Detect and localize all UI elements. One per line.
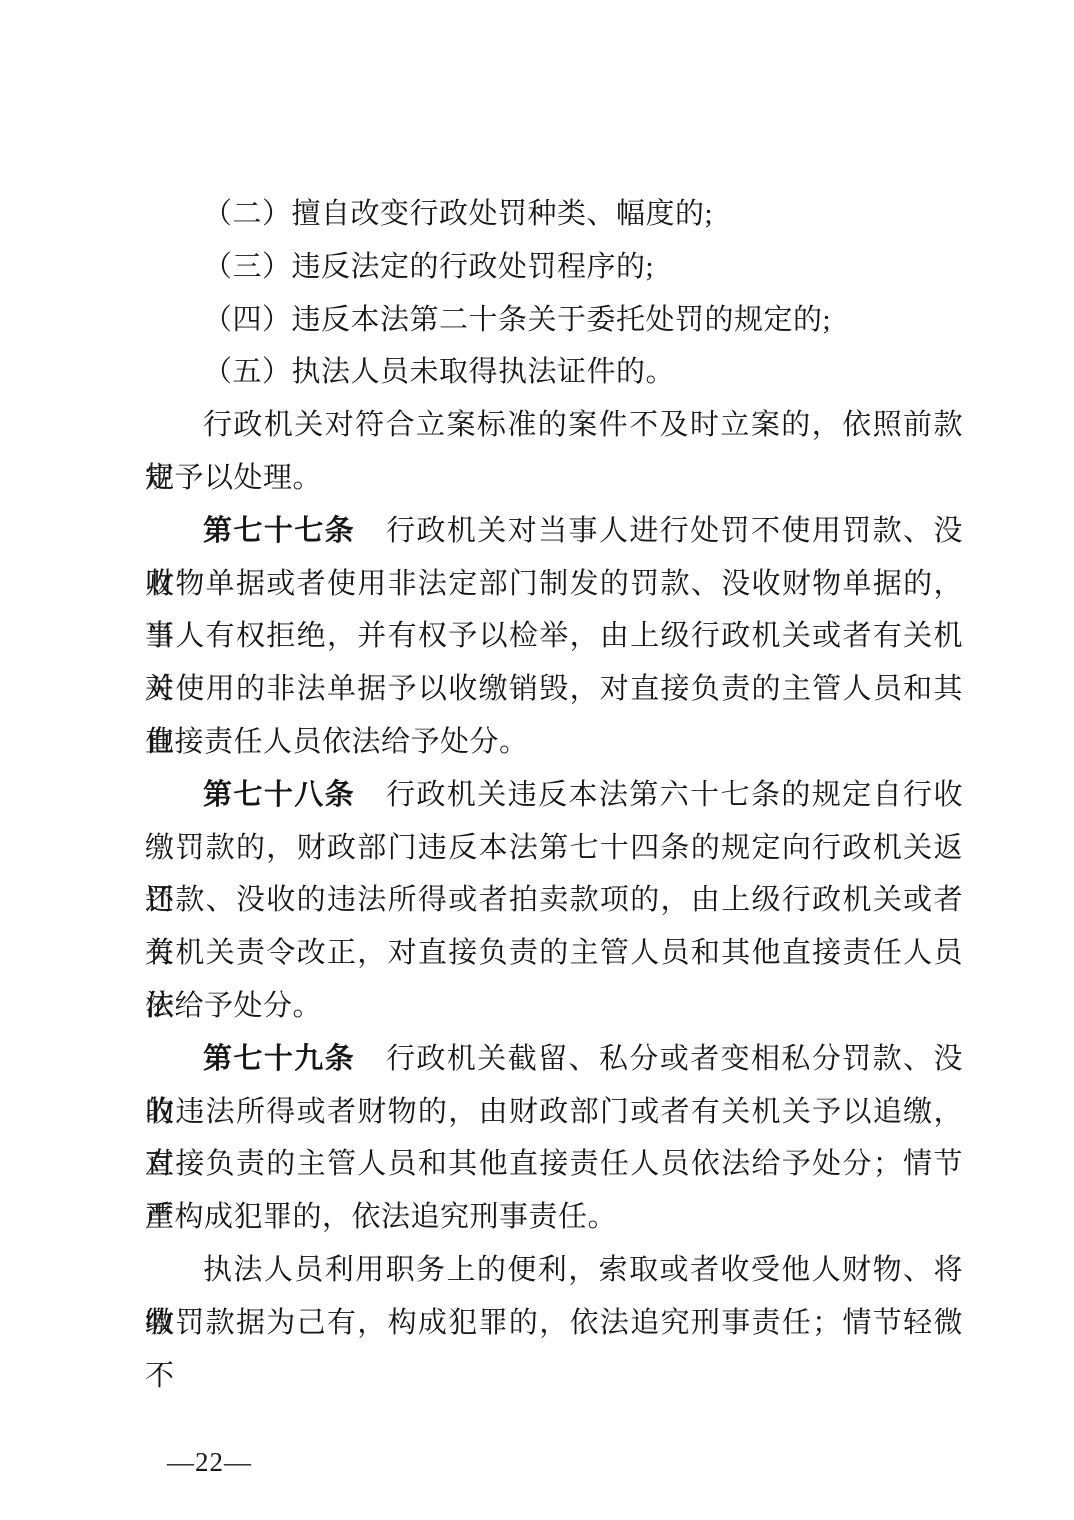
text-line: （四）违反本法第二十条关于委托处罚的规定的; — [145, 294, 963, 347]
text-line: 缴罚款的，财政部门违反本法第七十四条的规定向行政机关返还 — [145, 822, 963, 875]
text-line: （二）擅自改变行政处罚种类、幅度的; — [145, 188, 963, 241]
text-line: 第七十七条行政机关对当事人进行处罚不使用罚款、没收 — [145, 505, 963, 558]
text-line: 第七十九条行政机关截留、私分或者变相私分罚款、没收 — [145, 1033, 963, 1086]
article-number: 第七十九条 — [203, 1043, 355, 1075]
line-text: （四）违反本法第二十条关于委托处罚的规定的; — [203, 304, 831, 336]
document-page: （二）擅自改变行政处罚种类、幅度的;（三）违反法定的行政处罚程序的;（四）违反本… — [0, 0, 1074, 1520]
text-line: （五）执法人员未取得执法证件的。 — [145, 346, 963, 399]
page-number: —22— — [167, 1447, 252, 1478]
text-line: 的违法所得或者财物的，由财政部门或者有关机关予以追缴，对 — [145, 1086, 963, 1139]
text-line: （三）违反法定的行政处罚程序的; — [145, 241, 963, 294]
text-line: 重构成犯罪的，依法追究刑事责任。 — [145, 1191, 963, 1244]
line-text: 行政机关违反本法第六十七条的规定自行收 — [386, 779, 963, 811]
text-line: 关机关责令改正，对直接负责的主管人员和其他直接责任人员依 — [145, 927, 963, 980]
text-line: 直接负责的主管人员和其他直接责任人员依法给予处分；情节严 — [145, 1138, 963, 1191]
text-line: 第七十八条行政机关违反本法第六十七条的规定自行收 — [145, 769, 963, 822]
article-number: 第七十七条 — [203, 515, 355, 547]
document-body: （二）擅自改变行政处罚种类、幅度的;（三）违反法定的行政处罚程序的;（四）违反本… — [145, 188, 963, 1350]
article-number: 第七十八条 — [203, 779, 355, 811]
text-line: 财物单据或者使用非法定部门制发的罚款、没收财物单据的，当 — [145, 558, 963, 611]
text-line: 法给予处分。 — [145, 980, 963, 1033]
text-line: 直接责任人员依法给予处分。 — [145, 716, 963, 769]
line-text: 重构成犯罪的，依法追究刑事责任。 — [145, 1201, 617, 1233]
text-line: 定予以处理。 — [145, 452, 963, 505]
line-text: 法给予处分。 — [145, 990, 322, 1022]
line-text: （三）违反法定的行政处罚程序的; — [203, 251, 654, 283]
line-text: 缴罚款据为己有，构成犯罪的，依法追究刑事责任；情节轻微不 — [145, 1307, 963, 1392]
line-text: 定予以处理。 — [145, 462, 322, 494]
text-line: 罚款、没收的违法所得或者拍卖款项的，由上级行政机关或者有 — [145, 874, 963, 927]
text-line: 行政机关对符合立案标准的案件不及时立案的，依照前款规 — [145, 399, 963, 452]
line-text: （二）擅自改变行政处罚种类、幅度的; — [203, 198, 713, 230]
text-line: 执法人员利用职务上的便利，索取或者收受他人财物、将收 — [145, 1244, 963, 1297]
text-line: 对使用的非法单据予以收缴销毁，对直接负责的主管人员和其他 — [145, 663, 963, 716]
text-line: 缴罚款据为己有，构成犯罪的，依法追究刑事责任；情节轻微不 — [145, 1297, 963, 1350]
text-line: 事人有权拒绝，并有权予以检举，由上级行政机关或者有关机关 — [145, 610, 963, 663]
line-text: （五）执法人员未取得执法证件的。 — [203, 356, 675, 388]
line-text: 直接责任人员依法给予处分。 — [145, 726, 529, 758]
